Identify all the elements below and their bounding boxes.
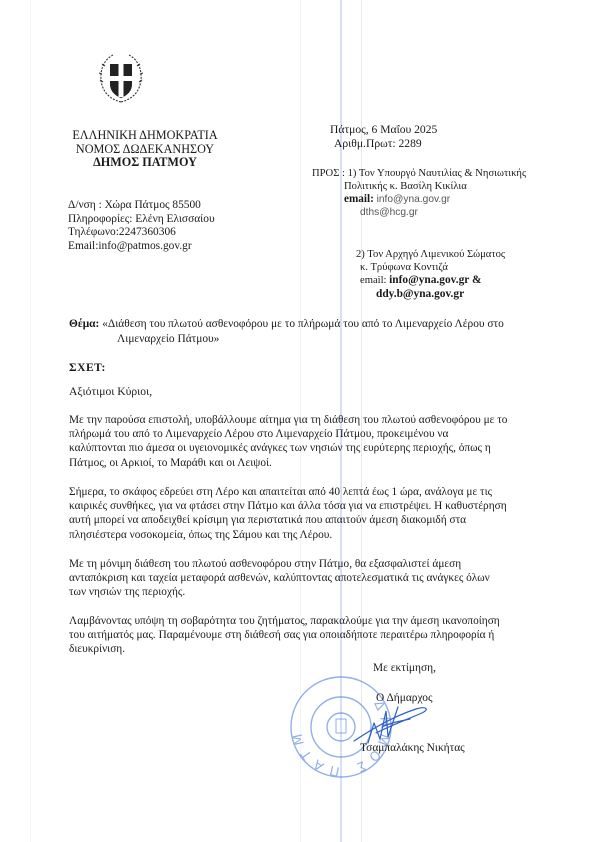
reference-label: ΣΧΕΤ: — [69, 361, 106, 374]
issuer-municipality: ΔΗΜΟΣ ΠΑΤΜΟΥ — [60, 156, 230, 170]
document-date: Πάτμος, 6 Μαΐου 2025 — [330, 123, 437, 137]
issuer-block: ΕΛΛΗΝΙΚΗ ΔΗΜΟΚΡΑΤΙΑ ΝΟΜΟΣ ΔΩΔΕΚΑΝΗΣΟΥ ΔΗ… — [60, 129, 230, 170]
paragraph-line: αυτή μπορεί να αποδειχθεί κρίσιμη για πε… — [69, 513, 559, 527]
closing-phrase: Με εκτίμηση, — [373, 662, 436, 674]
recipient-2-email-label: email: — [360, 275, 389, 286]
paragraph-line: των νησιών της περιοχής. — [69, 585, 559, 599]
recipient-1-title: Πολιτικής κ. Βασίλη Κικίλια — [312, 181, 526, 194]
contact-email: Email:info@patmos.gov.gr — [68, 240, 215, 254]
subject-line-1: «Διάθεση του πλωτού ασθενοφόρου με το πλ… — [102, 318, 504, 330]
protocol-number: Αριθμ.Πρωτ: 2289 — [330, 137, 437, 151]
paragraph-line: καλύπτονται πιο άμεσα οι υγειονομικές αν… — [69, 441, 559, 455]
paragraph-line: Πάτμος, οι Αρκιοί, το Μαράθι και οι Λειψ… — [69, 456, 559, 470]
subject-label: Θέμα: — [69, 318, 102, 330]
paragraph-line: καιρικές συνθήκες, για να φτάσει στην Πά… — [69, 499, 559, 513]
contact-phone: Τηλέφωνο:2247360306 — [68, 226, 215, 240]
recipient-1-email-label: email: — [344, 193, 377, 205]
contact-address: Δ/νση : Χώρα Πάτμος 85500 — [68, 199, 215, 213]
paragraph-line: διευκρίνιση. — [69, 642, 559, 656]
subject-line-2: Λιμεναρχείο Πάτμου» — [69, 332, 569, 347]
body-paragraph-3: Με τη μόνιμη διάθεση του πλωτού ασθενοφό… — [69, 557, 559, 600]
scan-artifact-line — [30, 0, 31, 842]
paragraph-line: Με τη μόνιμη διάθεση του πλωτού ασθενοφό… — [69, 557, 559, 571]
paragraph-line: Σήμερα, το σκάφος εδρεύει στη Λέρο και α… — [69, 485, 559, 499]
paragraph-line: του αιτήματός μας. Παραμένουμε στη διάθε… — [69, 628, 559, 642]
recipient-block-1: ΠΡΟΣ : 1) Τον Υπουργό Ναυτιλίας & Νησιωτ… — [312, 168, 526, 219]
recipient-block-2: 2) Τον Αρχηγό Λιμενικού Σώματος κ. Τρύφω… — [356, 249, 505, 301]
recipient-1-name: 1) Τον Υπουργό Ναυτιλίας & Νησιωτικής — [348, 168, 527, 179]
recipient-2-title: κ. Τρύφωνα Κοντιζά — [356, 262, 505, 275]
issuer-country: ΕΛΛΗΝΙΚΗ ΔΗΜΟΚΡΑΤΙΑ — [60, 129, 230, 143]
recipient-2-email-1: info@yna.gov.gr & — [389, 274, 481, 286]
recipient-2-name: 2) Τον Αρχηγό Λιμενικού Σώματος — [356, 249, 505, 262]
body-paragraph-1: Με την παρούσα επιστολή, υποβάλλουμε αίτ… — [69, 413, 559, 470]
contact-block: Δ/νση : Χώρα Πάτμος 85500 Πληροφορίες: Ε… — [68, 199, 215, 253]
recipient-1-email-1: info@yna.gov.gr — [377, 194, 451, 205]
issuer-prefecture: ΝΟΜΟΣ ΔΩΔΕΚΑΝΗΣΟΥ — [60, 143, 230, 157]
subject-block: Θέμα: «Διάθεση του πλωτού ασθενοφόρου με… — [69, 317, 569, 346]
handwritten-signature-icon — [352, 703, 442, 745]
paragraph-line: πλήρωμά του από το Λιμεναρχείο Λέρου στο… — [69, 427, 559, 441]
body-paragraph-4: Λαμβάνοντας υπόψη τη σοβαρότητα του ζητή… — [69, 614, 559, 657]
date-block: Πάτμος, 6 Μαΐου 2025 Αριθμ.Πρωτ: 2289 — [330, 123, 437, 150]
salutation: Αξιότιμοι Κύριοι, — [69, 385, 152, 398]
contact-info-person: Πληροφορίες: Ελένη Ελισσαίου — [68, 213, 215, 227]
signer-name: Τσαμπαλάκης Νικήτας — [360, 742, 465, 754]
paragraph-line: Με την παρούσα επιστολή, υποβάλλουμε αίτ… — [69, 413, 559, 427]
recipient-2-email-2: ddy.b@yna.gov.gr — [376, 288, 464, 300]
paragraph-line: πλησιέστερα νοσοκομεία, όπως της Σάμου κ… — [69, 528, 559, 542]
body-paragraph-2: Σήμερα, το σκάφος εδρεύει στη Λέρο και α… — [69, 485, 559, 542]
recipients-label: ΠΡΟΣ : — [312, 168, 348, 179]
paragraph-line: Λαμβάνοντας υπόψη τη σοβαρότητα του ζητή… — [69, 614, 559, 628]
paragraph-line: ανταπόκριση και ταχεία μεταφορά ασθενών,… — [69, 571, 559, 585]
recipient-1-email-2: dths@hcg.gr — [360, 207, 418, 218]
greek-coat-of-arms-icon — [97, 52, 145, 106]
